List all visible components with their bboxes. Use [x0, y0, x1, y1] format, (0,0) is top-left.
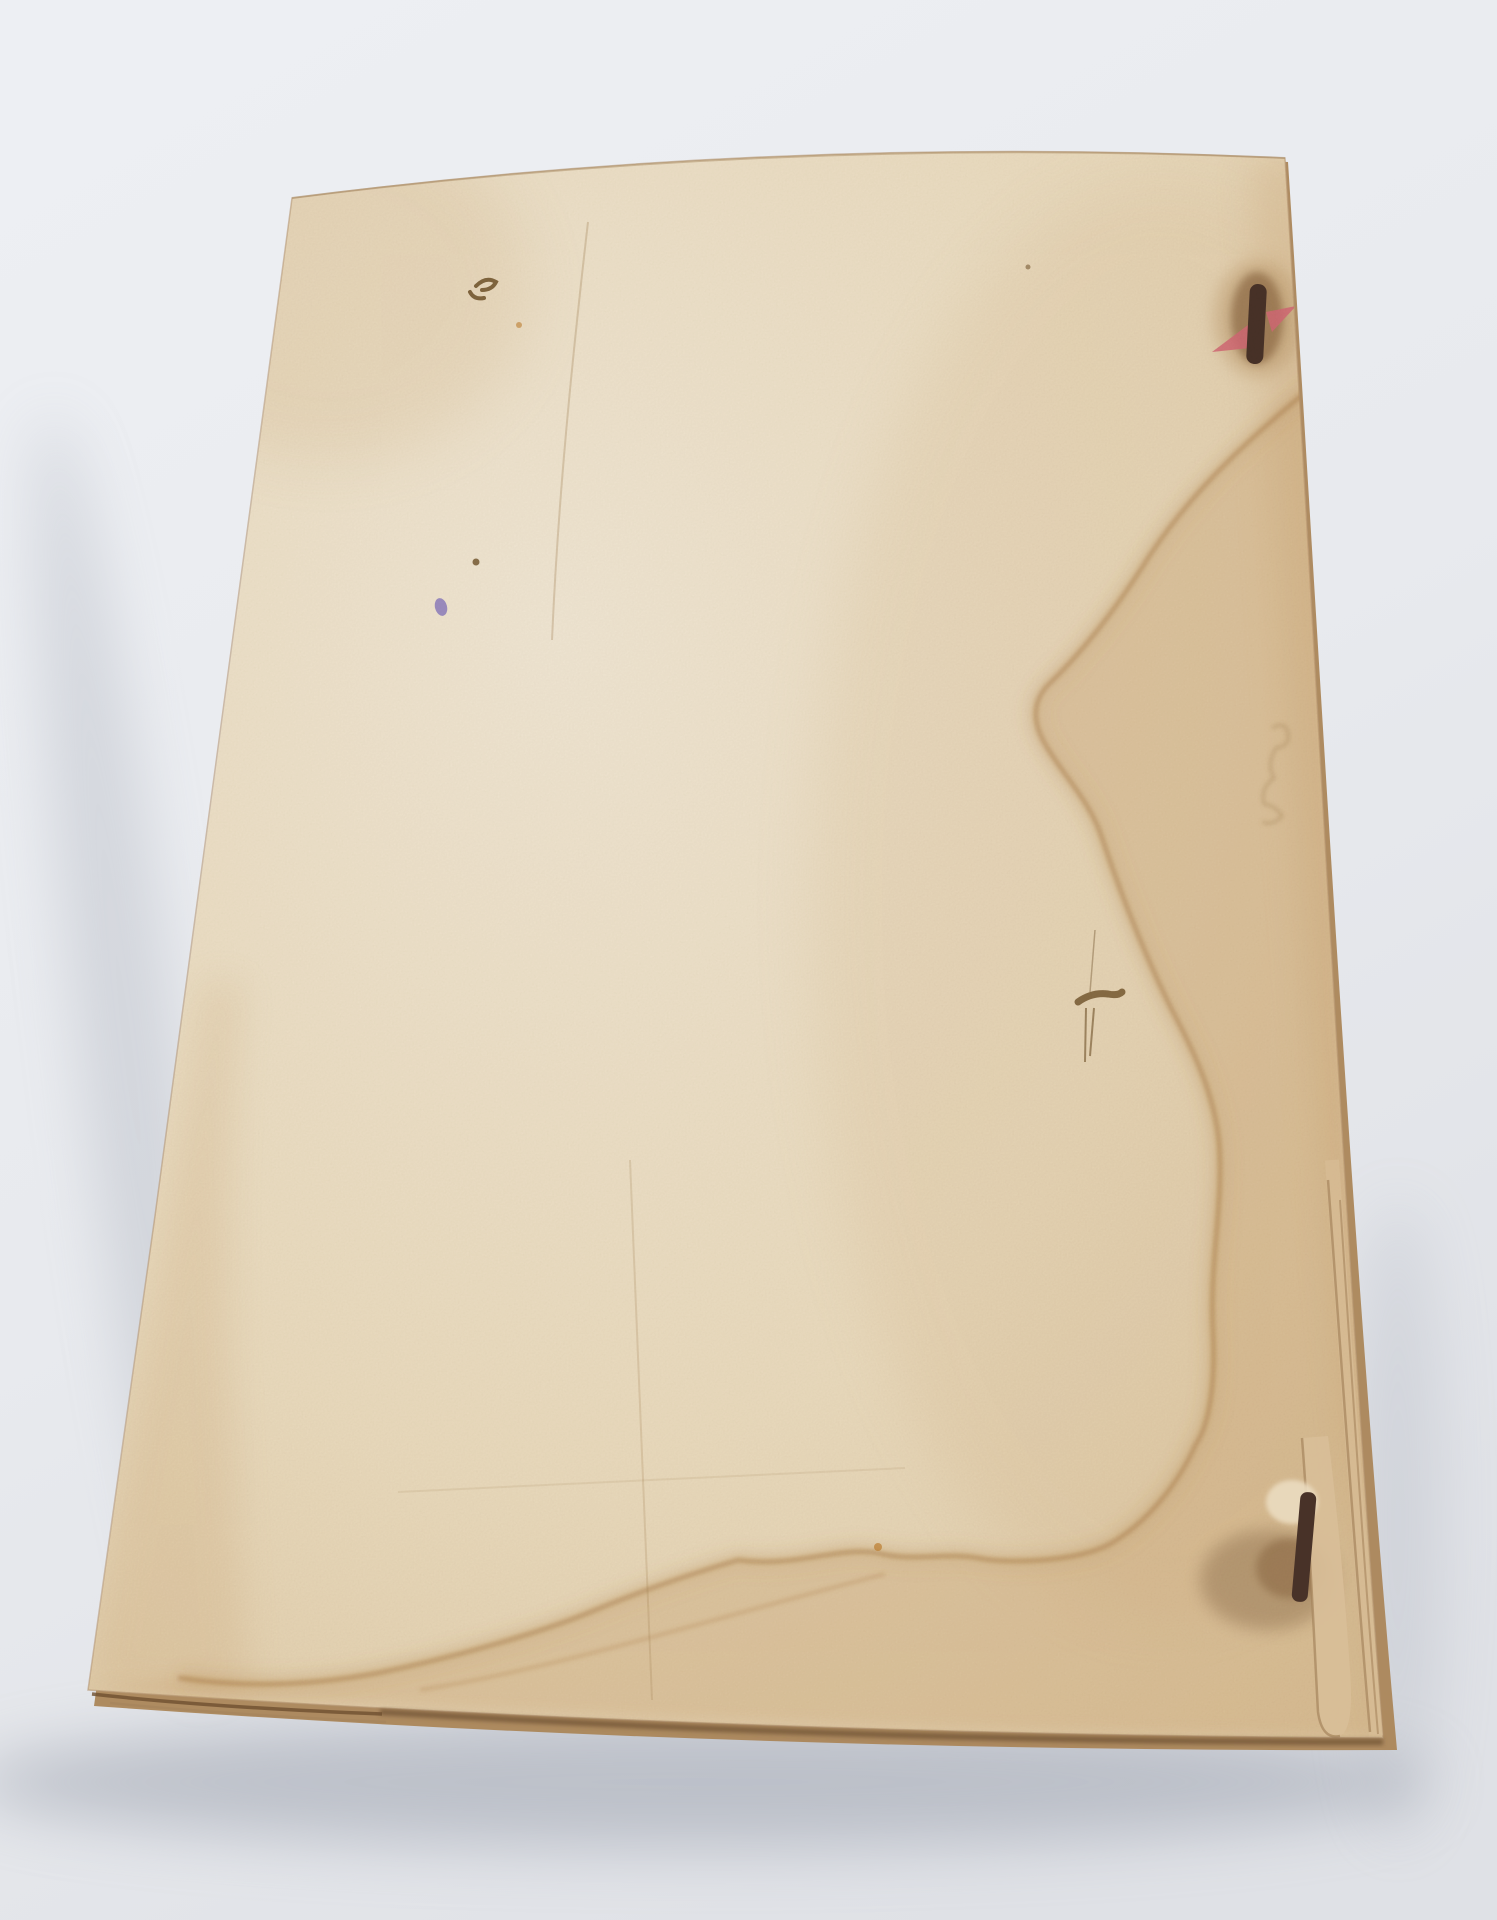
photo-stage [0, 0, 1497, 1920]
photo-canvas [0, 0, 1497, 1920]
